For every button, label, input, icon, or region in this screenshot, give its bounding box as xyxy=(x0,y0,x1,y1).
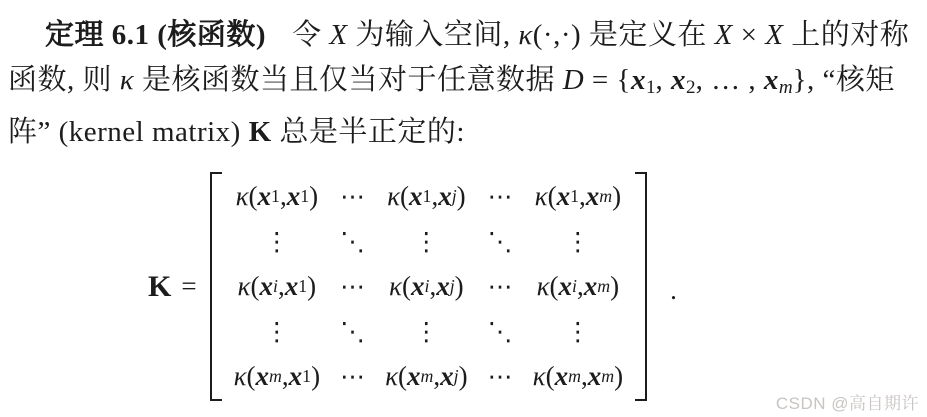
text-run: 1 xyxy=(646,77,656,98)
text-run: 总是半正定的: xyxy=(272,116,465,148)
text-run: , xyxy=(280,181,287,212)
text-run: m xyxy=(601,366,614,387)
text-run: X xyxy=(765,19,783,51)
matrix-entry: κ(xi, x1) xyxy=(238,264,317,309)
text-run: 1 xyxy=(300,186,309,207)
text-run: x xyxy=(555,361,569,392)
matrix-entry: κ(xi, xm) xyxy=(537,264,620,309)
text-run: ) xyxy=(309,181,318,212)
text-run: , … , xyxy=(696,64,764,96)
equals-sign: = xyxy=(181,271,196,302)
text-run: D xyxy=(563,64,584,96)
text-run: K xyxy=(249,116,272,148)
text-run: ( xyxy=(247,361,256,392)
text-run: ( xyxy=(546,361,555,392)
kernel-matrix-equation: K = κ(x1, x1)⋯κ(x1, xj)⋯κ(x1, xm)⋮⋱⋮⋱⋮κ(… xyxy=(148,172,927,401)
text-run: ( xyxy=(400,181,409,212)
cdots-ellipsis: ⋯ xyxy=(340,264,365,309)
text-run: x xyxy=(588,361,602,392)
matrix-entry: κ(x1, x1) xyxy=(236,174,319,219)
text-run: m xyxy=(421,366,434,387)
text-run: 令 xyxy=(292,19,329,51)
text-run: 1 xyxy=(298,276,307,297)
text-run: x xyxy=(407,361,421,392)
text-run: X xyxy=(715,19,733,51)
vdots-ellipsis: ⋮ xyxy=(264,309,289,354)
text-run: ) xyxy=(610,271,619,302)
text-run: κ xyxy=(533,361,546,392)
text-run: x xyxy=(258,181,272,212)
matrix-entry: κ(xm, xm) xyxy=(533,354,623,399)
text-run: ) xyxy=(311,361,320,392)
text-run: ( xyxy=(249,181,258,212)
text-run: x xyxy=(260,271,274,302)
text-run: , xyxy=(581,361,588,392)
text-run: κ xyxy=(236,181,249,212)
ddots-ellipsis: ⋱ xyxy=(488,219,513,264)
text-run: (·,·) 是定义在 xyxy=(533,19,715,51)
matrix-bracket-right xyxy=(635,172,647,401)
theorem-line-3: 阵” (kernel matrix) K 总是半正定的: xyxy=(8,110,921,155)
text-run: ( xyxy=(398,361,407,392)
text-run: 为输入空间, xyxy=(348,19,519,51)
cdots-ellipsis: ⋯ xyxy=(340,354,365,399)
text-run: , xyxy=(579,181,586,212)
text-run: 1 xyxy=(271,186,280,207)
matrix-symbol-K: K xyxy=(148,270,171,304)
watermark: CSDN @高自期许 xyxy=(776,389,919,414)
text-run: 函数, 则 xyxy=(8,64,120,96)
matrix-entry: κ(xm, x1) xyxy=(234,354,321,399)
text-run: ) xyxy=(459,361,468,392)
text-run: x xyxy=(559,271,573,302)
ddots-ellipsis: ⋱ xyxy=(340,309,365,354)
text-run: , xyxy=(577,271,584,302)
matrix-entry: κ(x1, xm) xyxy=(535,174,622,219)
text-run: ( xyxy=(550,271,559,302)
text-run: 1 xyxy=(302,366,311,387)
ddots-ellipsis: ⋱ xyxy=(340,219,365,264)
vdots-ellipsis: ⋮ xyxy=(565,219,590,264)
text-run: × xyxy=(733,19,765,51)
text-run: ) xyxy=(455,271,464,302)
text-run: }, “核矩 xyxy=(793,64,895,96)
theorem-paragraph: 定理 6.1 (核函数)令 X 为输入空间, κ(·,·) 是定义在 X × X… xyxy=(0,0,927,155)
text-run: κ xyxy=(234,361,247,392)
text-run: κ xyxy=(537,271,550,302)
text-run: κ xyxy=(535,181,548,212)
vdots-ellipsis: ⋮ xyxy=(264,219,289,264)
ddots-ellipsis: ⋱ xyxy=(488,309,513,354)
text-run: x xyxy=(631,64,646,96)
cdots-ellipsis: ⋯ xyxy=(488,174,513,219)
theorem-line-1: 定理 6.1 (核函数)令 X 为输入空间, κ(·,·) 是定义在 X × X… xyxy=(8,13,921,58)
vdots-ellipsis: ⋮ xyxy=(414,219,439,264)
text-run: x xyxy=(436,271,450,302)
text-run: ) xyxy=(612,181,621,212)
matrix-entry: κ(x1, xj) xyxy=(387,174,466,219)
text-run: ) xyxy=(307,271,316,302)
theorem-line-2: 函数, 则 κ 是核函数当且仅当对于任意数据 D = {x1, x2, … , … xyxy=(8,58,921,110)
text-run: x xyxy=(285,271,299,302)
matrix-entry: κ(xi, xj) xyxy=(389,264,464,309)
vdots-ellipsis: ⋮ xyxy=(414,309,439,354)
text-run: x xyxy=(671,64,686,96)
text-run: ( xyxy=(402,271,411,302)
kernel-matrix-grid: κ(x1, x1)⋯κ(x1, xj)⋯κ(x1, xm)⋮⋱⋮⋱⋮κ(xi, … xyxy=(222,172,636,401)
text-run: 是核函数当且仅当对于任意数据 xyxy=(134,64,563,96)
text-run: x xyxy=(584,271,598,302)
text-run: 2 xyxy=(686,77,696,98)
text-run: m xyxy=(568,366,581,387)
vdots-ellipsis: ⋮ xyxy=(565,309,590,354)
cdots-ellipsis: ⋯ xyxy=(488,264,513,309)
text-run: κ xyxy=(389,271,402,302)
text-run: m xyxy=(597,276,610,297)
text-run: ) xyxy=(614,361,623,392)
text-run: κ xyxy=(518,19,532,51)
text-run: 1 xyxy=(570,186,579,207)
text-run: x xyxy=(411,271,425,302)
text-run: 定理 6.1 (核函数) xyxy=(45,19,266,51)
text-run: x xyxy=(289,361,303,392)
matrix-bracket-left xyxy=(210,172,222,401)
text-run: x xyxy=(557,181,571,212)
equation-period: . xyxy=(670,275,677,306)
text-run: m xyxy=(779,77,793,98)
text-run: κ xyxy=(385,361,398,392)
cdots-ellipsis: ⋯ xyxy=(488,354,513,399)
text-run: = { xyxy=(584,64,631,96)
text-run: 上的对称 xyxy=(783,19,909,51)
text-run: κ xyxy=(387,181,400,212)
cdots-ellipsis: ⋯ xyxy=(340,174,365,219)
document-page: 定理 6.1 (核函数)令 X 为输入空间, κ(·,·) 是定义在 X × X… xyxy=(0,0,927,417)
text-run: ( xyxy=(251,271,260,302)
text-run: m xyxy=(269,366,282,387)
matrix-entry: κ(xm, xj) xyxy=(385,354,468,399)
text-run: x xyxy=(438,181,452,212)
text-run: 阵” (kernel matrix) xyxy=(8,116,249,148)
text-run: , xyxy=(278,271,285,302)
text-run: , xyxy=(656,64,672,96)
text-run: x xyxy=(409,181,423,212)
text-run: m xyxy=(599,186,612,207)
text-run: x xyxy=(256,361,270,392)
text-run: κ xyxy=(120,64,134,96)
text-run: x xyxy=(440,361,454,392)
text-run: , xyxy=(282,361,289,392)
text-run: κ xyxy=(238,271,251,302)
text-run: x xyxy=(764,64,779,96)
text-run: x xyxy=(287,181,301,212)
text-run: x xyxy=(586,181,600,212)
text-run: 1 xyxy=(423,186,432,207)
text-run: ( xyxy=(548,181,557,212)
text-run: ) xyxy=(457,181,466,212)
text-run: X xyxy=(329,19,347,51)
